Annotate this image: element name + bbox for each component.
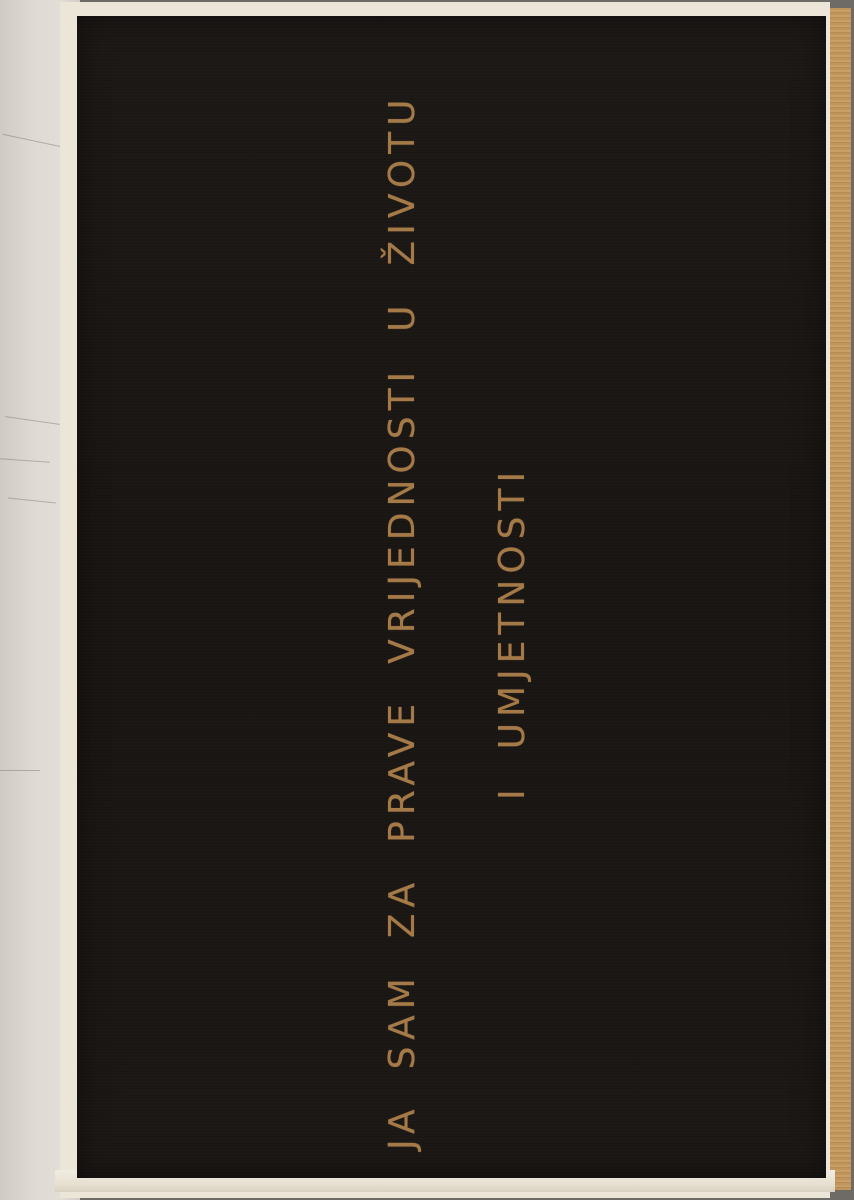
inscription-line-1: JASAMZAPRAVEVRIJEDNOSTIUŽIVOTU [382,60,423,1151]
word: ŽIVOTU [382,94,423,266]
word: JA [382,1103,423,1150]
page-mark [8,497,56,503]
page-mark [5,416,60,425]
word: UMJETNOSTI [492,466,533,750]
page-mark [0,770,40,771]
photo-scene: JASAMZAPRAVEVRIJEDNOSTIUŽIVOTU IUMJETNOS… [0,0,854,1200]
word: ZA [382,877,423,938]
page-mark [3,134,62,147]
page-mark [0,458,50,462]
word: U [382,299,423,331]
word: SAM [382,972,423,1069]
word: PRAVE [382,698,423,843]
word: I [492,783,533,800]
inscription-line-2: IUMJETNOSTI [492,432,533,800]
black-card [77,16,826,1178]
word: VRIJEDNOSTI [382,366,423,664]
